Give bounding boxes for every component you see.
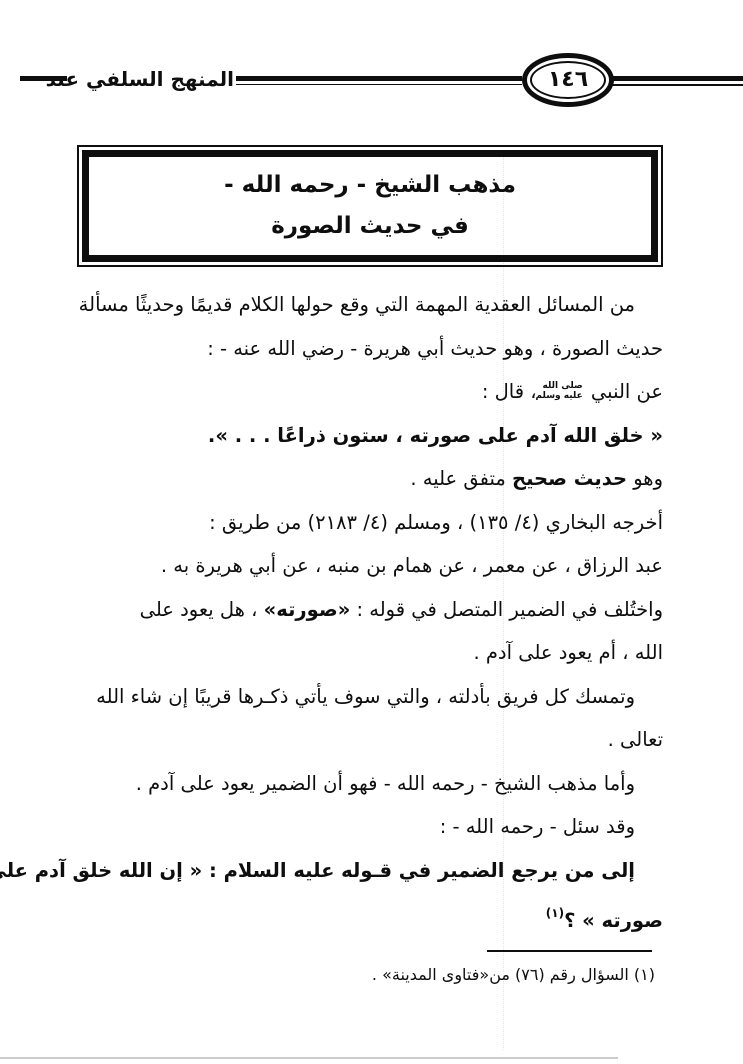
text-segment: من المسائل العقدية المهمة التي وقع حولها… [79, 293, 635, 316]
salla-allahu-alayhi-wa-sallam-ligature-icon: صلى اللهعليه وسلم [545, 376, 583, 406]
chapter-title-box: مذهب الشيخ - رحمه الله - في حديث الصورة [77, 145, 663, 267]
body-line: وقد سئل - رحمه الله - : [77, 805, 663, 849]
body-line: أخرجه البخاري (٤/ ١٣٥) ، ومسلم (٤/ ٢١٨٣)… [77, 501, 663, 545]
body-line: « خلق الله آدم على صورته ، ستون ذراعًا .… [77, 414, 663, 458]
body-line: وتمسك كل فريق بأدلته ، والتي سوف يأتي ذك… [77, 675, 663, 719]
footnote-text: (١) السؤال رقم (٧٦) من«فتاوى المدينة» . [372, 965, 655, 984]
book-page: المنهج السلفي عند ١٤٦ مذهب الشيخ - رحمه … [0, 0, 743, 1064]
page-number-oval: ١٤٦ [522, 53, 614, 107]
text-segment: عبد الرزاق ، عن معمر ، عن همام بن منبه ،… [161, 554, 663, 577]
text-segment: وتمسك كل فريق بأدلته ، والتي سوف يأتي ذك… [96, 685, 635, 708]
text-segment: ، قال : [482, 380, 543, 403]
body-line: تعالى . [77, 718, 663, 762]
body-line: إلى من يرجع الضمير في قـوله عليه السلام … [77, 849, 663, 893]
scan-fold-line [503, 150, 504, 1050]
pbuh-top: صلى الله [545, 381, 583, 391]
body-line: عبد الرزاق ، عن معمر ، عن همام بن منبه ،… [77, 544, 663, 588]
text-segment: «صورته» [264, 598, 351, 621]
text-segment: « خلق الله آدم على صورته ، ستون ذراعًا .… [208, 424, 663, 447]
text-segment: حديث الصورة ، وهو حديث أبي هريرة - رضي ا… [207, 337, 663, 360]
body-line: وأما مذهب الشيخ - رحمه الله - فهو أن الض… [77, 762, 663, 806]
header-rule-right-thin [612, 84, 743, 86]
body-line: واختُلف في الضمير المتصل في قوله : «صورت… [77, 588, 663, 632]
header-book-title: المنهج السلفي عند [60, 63, 234, 95]
pbuh-bottom: عليه وسلم [545, 391, 583, 401]
body-line: عن النبي صلى اللهعليه وسلم ، قال : [77, 370, 663, 414]
header-rule-right-thick [612, 76, 743, 81]
text-segment: الله ، أم يعود على آدم . [473, 641, 663, 664]
text-segment: تعالى . [608, 728, 663, 751]
footnote-separator [487, 950, 652, 952]
chapter-title-line-2: في حديث الصورة [271, 213, 469, 241]
header-rule-middle-thick [236, 76, 522, 81]
text-segment: وقد سئل - رحمه الله - : [440, 815, 635, 838]
text-segment: عن النبي [585, 380, 663, 403]
body-line: وهو حديث صحيح متفق عليه . [77, 457, 663, 501]
footnote-marker: (١) [546, 906, 564, 920]
page-number: ١٤٦ [548, 67, 588, 92]
text-segment: متفق عليه . [410, 467, 512, 490]
text-segment: إلى من يرجع الضمير في قـوله عليه السلام … [0, 859, 635, 882]
text-segment: أخرجه البخاري (٤/ ١٣٥) ، ومسلم (٤/ ٢١٨٣)… [209, 511, 663, 534]
text-segment: حديث صحيح [512, 467, 627, 490]
body-line: صورته » ؟(١) [77, 892, 663, 936]
text-segment: وهو [627, 467, 663, 490]
text-segment: وأما مذهب الشيخ - رحمه الله - فهو أن الض… [136, 772, 635, 795]
scan-edge-artifact [0, 1057, 618, 1059]
body-line: الله ، أم يعود على آدم . [77, 631, 663, 675]
text-segment: ، هل يعود على [140, 598, 264, 621]
chapter-title-line-1: مذهب الشيخ - رحمه الله - [224, 172, 516, 200]
header-rule-middle-thin [236, 84, 522, 85]
page-number-oval-inner: ١٤٦ [530, 61, 606, 99]
body-line: حديث الصورة ، وهو حديث أبي هريرة - رضي ا… [77, 327, 663, 371]
body-line: من المسائل العقدية المهمة التي وقع حولها… [77, 283, 663, 327]
footnote: (١) السؤال رقم (٧٦) من«فتاوى المدينة» . [235, 960, 655, 990]
chapter-title-box-inner: مذهب الشيخ - رحمه الله - في حديث الصورة [82, 150, 658, 262]
text-segment: صورته » ؟ [564, 909, 663, 932]
text-segment: واختُلف في الضمير المتصل في قوله : [350, 598, 663, 621]
body-text: من المسائل العقدية المهمة التي وقع حولها… [77, 283, 663, 936]
